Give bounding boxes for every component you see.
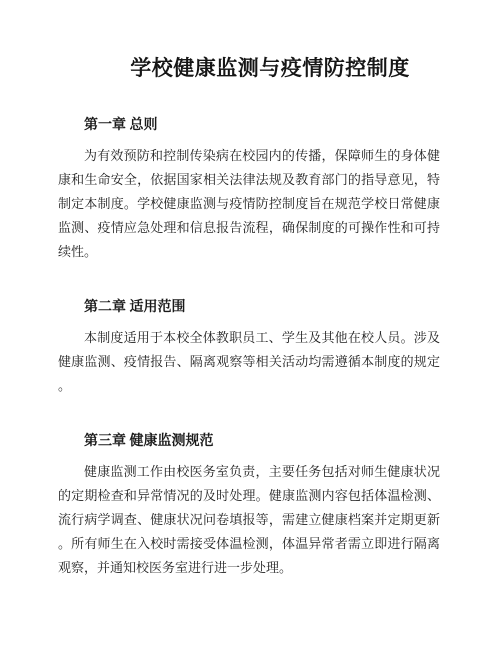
paragraph-line: 。所有师生在入校时需接受体温检测，体温异常者需立即进行隔离: [58, 532, 440, 556]
paragraph-line: 监测、疫情应急处理和信息报告流程，确保制度的可操作性和可持: [58, 216, 440, 240]
paragraph-line: 。: [58, 374, 440, 398]
paragraph-line: 本制度适用于本校全体教职员工、学生及其他在校人员。涉及: [58, 326, 440, 350]
sections: 第一章 总则 为有效预防和控制传染病在校园内的传播，保障师生的身体健康和生命安全…: [58, 116, 440, 580]
document-section: 第二章 适用范围 本制度适用于本校全体教职员工、学生及其他在校人员。涉及健康监测…: [58, 298, 440, 398]
section-heading: 第二章 适用范围: [58, 298, 440, 318]
document-content: 学校健康监测与疫情防控制度 第一章 总则 为有效预防和控制传染病在校园内的传播，…: [0, 0, 500, 580]
paragraph-line: 制定本制度。学校健康监测与疫情防控制度旨在规范学校日常健康: [58, 192, 440, 216]
document-page: 学校健康监测与疫情防控制度 第一章 总则 为有效预防和控制传染病在校园内的传播，…: [0, 0, 500, 647]
paragraph: 为有效预防和控制传染病在校园内的传播，保障师生的身体健康和生命安全，依据国家相关…: [58, 144, 440, 264]
paragraph-line: 的定期检查和异常情况的及时处理。健康监测内容包括体温检测、: [58, 484, 440, 508]
document-section: 第一章 总则 为有效预防和控制传染病在校园内的传播，保障师生的身体健康和生命安全…: [58, 116, 440, 264]
section-heading: 第三章 健康监测规范: [58, 432, 440, 452]
paragraph-line: 流行病学调查、健康状况问卷填报等，需建立健康档案并定期更新: [58, 508, 440, 532]
paragraph-line: 观察，并通知校医务室进行进一步处理。: [58, 556, 440, 580]
paragraph: 本制度适用于本校全体教职员工、学生及其他在校人员。涉及健康监测、疫情报告、隔离观…: [58, 326, 440, 398]
paragraph-line: 健康监测、疫情报告、隔离观察等相关活动均需遵循本制度的规定: [58, 350, 440, 374]
paragraph-line: 健康监测工作由校医务室负责，主要任务包括对师生健康状况: [58, 460, 440, 484]
section-heading: 第一章 总则: [58, 116, 440, 136]
paragraph-line: 为有效预防和控制传染病在校园内的传播，保障师生的身体健: [58, 144, 440, 168]
document-title: 学校健康监测与疫情防控制度: [58, 0, 440, 82]
paragraph-line: 康和生命安全，依据国家相关法律法规及教育部门的指导意见，特: [58, 168, 440, 192]
paragraph-line: 续性。: [58, 240, 440, 264]
paragraph: 健康监测工作由校医务室负责，主要任务包括对师生健康状况的定期检查和异常情况的及时…: [58, 460, 440, 580]
document-section: 第三章 健康监测规范 健康监测工作由校医务室负责，主要任务包括对师生健康状况的定…: [58, 432, 440, 580]
